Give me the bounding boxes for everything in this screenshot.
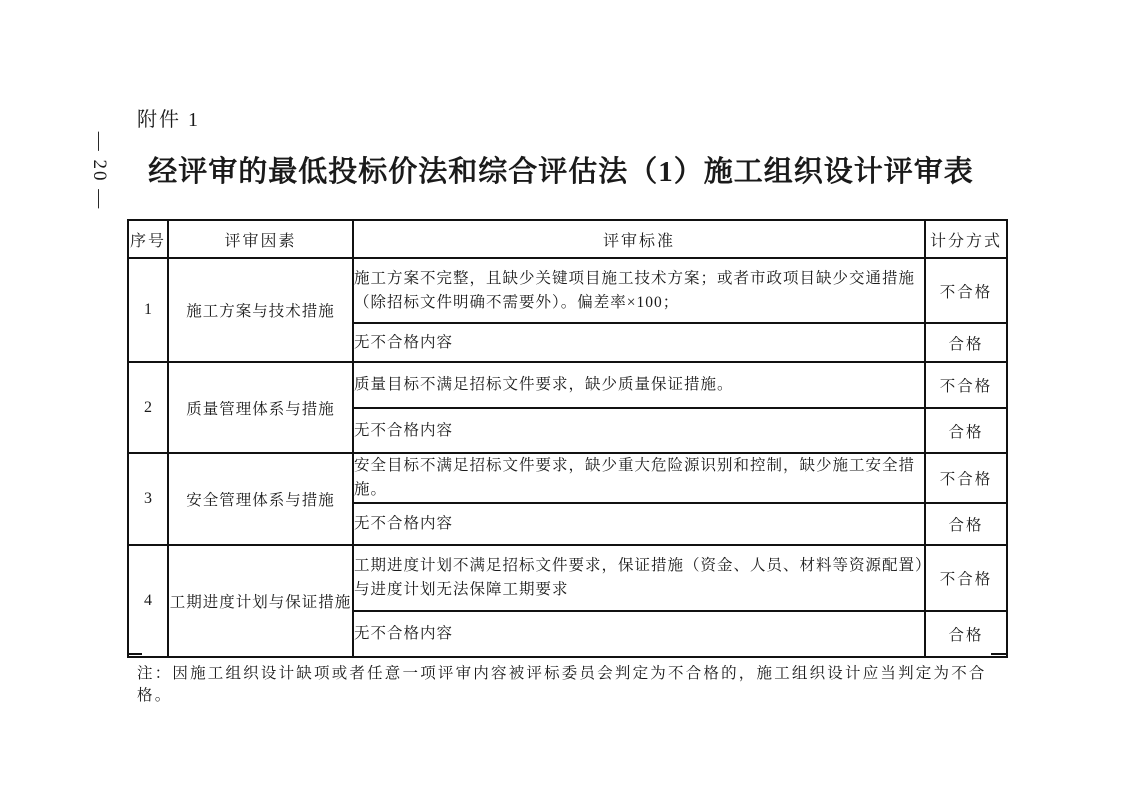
col-header-score: 计分方式: [925, 220, 1007, 258]
table-row: 2 质量管理体系与措施 质量目标不满足招标文件要求，缺少质量保证措施。 不合格: [128, 362, 1007, 408]
score-cell: 不合格: [925, 258, 1007, 323]
factor-cell: 工期进度计划与保证措施: [168, 545, 353, 657]
table-bottom-left-tick: [127, 653, 142, 655]
col-header-factor: 评审因素: [168, 220, 353, 258]
score-cell: 合格: [925, 611, 1007, 657]
score-cell: 合格: [925, 503, 1007, 545]
standard-cell: 无不合格内容: [353, 611, 925, 657]
seq-cell: 4: [128, 545, 168, 657]
document-title: 经评审的最低投标价法和综合评估法（1）施工组织设计评审表: [0, 149, 1122, 190]
score-cell: 合格: [925, 323, 1007, 362]
table-row: 1 施工方案与技术措施 施工方案不完整，且缺少关键项目施工技术方案；或者市政项目…: [128, 258, 1007, 323]
note-text: 注：因施工组织设计缺项或者任意一项评审内容被评标委员会判定为不合格的，施工组织设…: [137, 663, 1017, 707]
seq-cell: 2: [128, 362, 168, 453]
standard-cell: 质量目标不满足招标文件要求，缺少质量保证措施。: [353, 362, 925, 408]
table-row: 4 工期进度计划与保证措施 工期进度计划不满足招标文件要求，保证措施（资金、人员…: [128, 545, 1007, 611]
standard-cell: 无不合格内容: [353, 323, 925, 362]
seq-cell: 1: [128, 258, 168, 362]
score-cell: 不合格: [925, 362, 1007, 408]
seq-cell: 3: [128, 453, 168, 545]
col-header-standard: 评审标准: [353, 220, 925, 258]
review-table: 序号 评审因素 评审标准 计分方式 1 施工方案与技术措施 施工方案不完整，且缺…: [127, 219, 1008, 658]
score-cell: 不合格: [925, 453, 1007, 503]
review-table-wrapper: 序号 评审因素 评审标准 计分方式 1 施工方案与技术措施 施工方案不完整，且缺…: [127, 219, 1008, 658]
attachment-label: 附件 1: [137, 103, 200, 132]
document-page: — 20 — 附件 1 经评审的最低投标价法和综合评估法（1）施工组织设计评审表…: [0, 0, 1122, 793]
standard-cell: 施工方案不完整，且缺少关键项目施工技术方案；或者市政项目缺少交通措施（除招标文件…: [353, 258, 925, 323]
factor-cell: 施工方案与技术措施: [168, 258, 353, 362]
table-header-row: 序号 评审因素 评审标准 计分方式: [128, 220, 1007, 258]
col-header-seq: 序号: [128, 220, 168, 258]
standard-cell: 工期进度计划不满足招标文件要求，保证措施（资金、人员、材料等资源配置）与进度计划…: [353, 545, 925, 611]
table-row: 3 安全管理体系与措施 安全目标不满足招标文件要求，缺少重大危险源识别和控制，缺…: [128, 453, 1007, 503]
standard-cell: 安全目标不满足招标文件要求，缺少重大危险源识别和控制，缺少施工安全措施。: [353, 453, 925, 503]
factor-cell: 质量管理体系与措施: [168, 362, 353, 453]
score-cell: 不合格: [925, 545, 1007, 611]
standard-cell: 无不合格内容: [353, 408, 925, 453]
table-bottom-right-tick: [991, 653, 1006, 655]
factor-cell: 安全管理体系与措施: [168, 453, 353, 545]
standard-cell: 无不合格内容: [353, 503, 925, 545]
score-cell: 合格: [925, 408, 1007, 453]
